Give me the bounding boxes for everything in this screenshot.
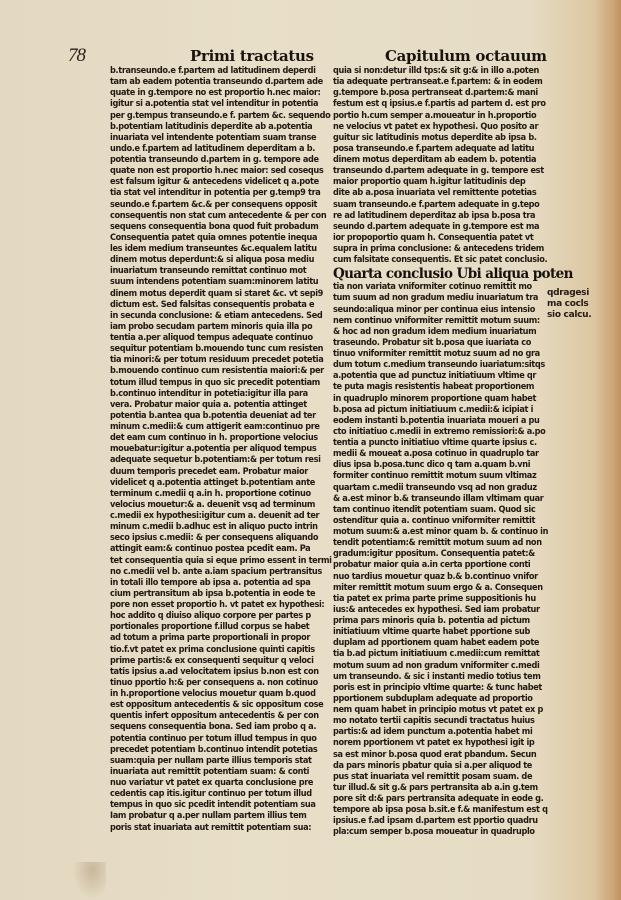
text-line: tum suum ad non gradum mediu inuariatum …: [333, 293, 565, 304]
text-line: potentia continuo per totum illud tempus…: [110, 734, 342, 745]
text-line: formiter continuo remittit motum suum vl…: [333, 471, 565, 482]
text-line: potentia transeundo d.partem in g. tempo…: [110, 155, 342, 166]
text-line: b.continuo intenditur in potetia:igitur …: [110, 389, 342, 400]
text-line: poris est in principio vltime quarte: & …: [333, 683, 565, 694]
conclusion-heading: Quarta conclusio Ubi aliqua poten: [333, 267, 565, 282]
text-line: c.medii ex hypothesi:igitur cum a. deuen…: [110, 511, 342, 522]
text-line: tendit potentiam:& remittit motum suum a…: [333, 538, 565, 549]
text-line: sa est minor b.posa quod erat pbandum. S…: [333, 750, 565, 761]
text-line: attingit eam:& continuo postea pcedit ea…: [110, 544, 342, 555]
page-edge-shading: [593, 0, 621, 900]
text-line: a.potentia que ad punctuz initiatiuum vl…: [333, 371, 565, 382]
text-line: ad totum a prima parte proportionali in …: [110, 633, 342, 644]
text-line: inuariatum transeundo remittat continuo …: [110, 266, 342, 277]
text-line: gradum:igitur ppositum. Consequentia pat…: [333, 549, 565, 560]
text-line: mo notato tertii capitis secundi tractat…: [333, 716, 565, 727]
text-line: sequitur potentiam b.mouendo tunc cum re…: [110, 344, 342, 355]
text-line: g.tempore b.posa pertranseat d.partem:& …: [333, 88, 565, 99]
text-line: seundo d.partem adequate in g.tempore es…: [333, 222, 565, 233]
right-text-column: quia si non:detur illd tps:& sit g:& in …: [333, 66, 565, 839]
text-line: b.posa ad pictum initiatiuum c.medii:& i…: [333, 405, 565, 416]
text-line: Consequentia patet quia omnes potentie i…: [110, 233, 342, 244]
text-line: videlicet q a.potentia attinget b.potent…: [110, 478, 342, 489]
text-line: partis:& ad idem punctum a.potentia habe…: [333, 727, 565, 738]
text-line: tentia a.per aliquod tempus adequate con…: [110, 333, 342, 344]
text-line: re ad latitudinem deperditaz ab ipsa b.p…: [333, 211, 565, 222]
text-line: & a.est minor b.& transeundo illam vltim…: [333, 494, 565, 505]
text-line: transeundo d.partem adequate in g. tempo…: [333, 166, 565, 177]
text-line: precedet potentiam b.continuo intendit p…: [110, 745, 342, 756]
text-line: nem continuo vniformiter remittit motum …: [333, 316, 565, 327]
text-line: tam ab eadem potentia transeundo d.parte…: [110, 77, 342, 88]
running-head-left: Primi tractatus: [190, 47, 314, 65]
text-line: ius:& antecedes ex hypothesi. Sed iam pr…: [333, 605, 565, 616]
text-line: in secunda conclusione: & etiam antecede…: [110, 311, 342, 322]
paper-stain: [72, 862, 106, 900]
text-line: um transeundo. & sic i instanti medio to…: [333, 672, 565, 683]
marginal-note-line: ma cocls: [547, 299, 591, 310]
text-line: in h.proportione velocius mouetur quam b…: [110, 689, 342, 700]
text-line: inuariata vel intendente potentiam suam …: [110, 133, 342, 144]
text-line: terminum c.medii q a.in h. proportione c…: [110, 489, 342, 500]
text-line: det eam cum continuo in h. proportione v…: [110, 433, 342, 444]
text-line: minum c.medii:& cum attigerit eam:contin…: [110, 422, 342, 433]
text-line: te puta magis resistentis habeat proport…: [333, 382, 565, 393]
text-line: quate non est proportio h.nec maior: sed…: [110, 166, 342, 177]
text-line: tempus in quo sic pcedit intendit potent…: [110, 800, 342, 811]
text-line: cium pertransitum ab ipsa b.potentia in …: [110, 589, 342, 600]
text-line: mouebatur:igitur a.potentia per aliquod …: [110, 444, 342, 455]
text-line: dictum est. Sed falsitas consequentis pr…: [110, 300, 342, 311]
text-line: portionales proportione f.illud corpus s…: [110, 622, 342, 633]
text-line: suam transeundo.e f.partem adequate in g…: [333, 200, 565, 211]
text-line: in quadruplo minorem proportione quam ha…: [333, 394, 565, 405]
book-page: 78 Primi tractatus Capitulum octauum b.t…: [0, 0, 621, 900]
text-line: nuo variatur vt patet ex quarta conclusi…: [110, 778, 342, 789]
text-line: adequate sequetur b.potentiam:& per totu…: [110, 455, 342, 466]
text-line: ostenditur quia a. continuo vniformiter …: [333, 516, 565, 527]
text-line: dite ab a.posa inuariata vel remittente …: [333, 188, 565, 199]
text-line: les idem medium transeuntes &c.equalem l…: [110, 244, 342, 255]
text-line: tatis ipsius a.ad velocitatem ipsius b.n…: [110, 667, 342, 678]
text-line: quate in g.tempore no est proportio h.ne…: [110, 88, 342, 99]
text-line: est oppositum antecedentis & sic opposit…: [110, 700, 342, 711]
text-line: eodem instanti b.potentia inuariata moue…: [333, 416, 565, 427]
text-line: seundo:aliqua minor per continua eius in…: [333, 305, 565, 316]
text-line: da pars minoris pbatur quia si a.per ali…: [333, 761, 565, 772]
text-line: dum totum c.medium transeundo iuariatum:…: [333, 360, 565, 371]
text-line: tia patet ex prima parte prime suppositi…: [333, 594, 565, 605]
text-line: vera. Probatur maior quia a. potentia at…: [110, 400, 342, 411]
text-line: cum falsitate consequentis. Et sic patet…: [333, 255, 565, 266]
text-line: duum temporis precedet eam. Probatur mai…: [110, 467, 342, 478]
text-line: velocius mouetur:& a. deuenit vsq ad ter…: [110, 500, 342, 511]
left-text-column: b.transeundo.e f.partem ad latitudinem d…: [110, 66, 342, 834]
text-line: seco ipsius c.medii: & per consequens al…: [110, 533, 342, 544]
marginal-note: qdragesima coclssio calcu.: [547, 288, 591, 321]
text-line: nuo tardius mouetur quaz b.& b.continuo …: [333, 572, 565, 583]
text-line: festum est q ipsius.e f.partis ad partem…: [333, 99, 565, 110]
text-line: dinem motus deperdunt:& si aliqua posa m…: [110, 255, 342, 266]
text-line: dius ipsa b.posa.tunc dico q tam a.quam …: [333, 460, 565, 471]
text-line: quartam c.medii transeundo vsq ad non gr…: [333, 483, 565, 494]
text-line: b.mouendo continuo cum resistentia maior…: [110, 366, 342, 377]
text-line: totum illud tempus in quo sic precedit p…: [110, 378, 342, 389]
text-line: tia stat vel intenditur in potentia per …: [110, 188, 342, 199]
text-line: guitur sic latitudinis motus deperdite a…: [333, 133, 565, 144]
text-line: tia non variata vniformiter cotinuo remi…: [333, 282, 565, 293]
marginal-note-line: qdragesi: [547, 288, 591, 299]
text-line: tia adequate pertranseat.e f.partem: & i…: [333, 77, 565, 88]
text-line: consequentis non stat cum antecedente & …: [110, 211, 342, 222]
text-line: initiatiuum vltime quarte habet pportion…: [333, 627, 565, 638]
text-line: tur illud.& sit g.& pars pertransita ab …: [333, 783, 565, 794]
text-line: sequens consequentia bona. Sed iam probo…: [110, 722, 342, 733]
text-line: pus stat inuariata vel remittit posam su…: [333, 772, 565, 783]
text-line: potentia b.antea qua b.potentia deueniat…: [110, 411, 342, 422]
text-line: iam probo secudam partem minoris quia il…: [110, 322, 342, 333]
text-line: motum suum ad non gradum vniformiter c.m…: [333, 661, 565, 672]
text-line: no c.medii vel b. ante a.iam spacium per…: [110, 567, 342, 578]
text-line: per g.tempus transeundo.e f. partem &c. …: [110, 111, 342, 122]
text-line: igitur si a.potentia stat vel intenditur…: [110, 99, 342, 110]
right-column-text-before-heading: quia si non:detur illd tps:& sit g:& in …: [333, 66, 565, 266]
text-line: pportionem subduplam adequate ad proport…: [333, 694, 565, 705]
text-line: minum c.medii b.adhuc est in aliquo puct…: [110, 522, 342, 533]
text-line: nem quam habet in principio motus vt pat…: [333, 705, 565, 716]
text-line: cedentis cap itis.igitur continuo per to…: [110, 789, 342, 800]
text-line: tinuo pportio h:& per consequens a. non …: [110, 678, 342, 689]
text-line: suum intendens potentiam suam:minorem la…: [110, 277, 342, 288]
text-line: b.potentiam latitudinis deperdite ab a.p…: [110, 122, 342, 133]
text-line: pla:cum semper b.posa moueatur in quadru…: [333, 827, 565, 838]
text-line: tentia a puncto initiatiuo vltime quarte…: [333, 438, 565, 449]
text-line: portio h.cum semper a.moueatur in h.prop…: [333, 111, 565, 122]
text-line: Iam probatur q a.per nullam partem illiu…: [110, 811, 342, 822]
text-line: quentis infert oppositum antecedentis & …: [110, 711, 342, 722]
text-line: seundo.e f.partem &c.& per consequens op…: [110, 200, 342, 211]
text-line: duplam ad pportionem quam habet eadem po…: [333, 638, 565, 649]
text-line: pore sit d:& pars pertransita adequate i…: [333, 794, 565, 805]
text-line: supra in prima conclusione: & antecedens…: [333, 244, 565, 255]
text-line: traseundo. Probatur sit b.posa que iuari…: [333, 338, 565, 349]
text-line: probatur maior quia a.in certa pportione…: [333, 560, 565, 571]
text-line: tio.f.vt patet ex prima conclusione quin…: [110, 645, 342, 656]
text-line: dinem motus deperditam ab eadem b. poten…: [333, 155, 565, 166]
text-line: undo.e f.partem ad latitudinem deperdita…: [110, 144, 342, 155]
text-line: in totali illo tempore ab ipsa a. potent…: [110, 578, 342, 589]
text-line: tam continuo itendit potentiam suam. Quo…: [333, 505, 565, 516]
text-line: posa transeundo.e f.partem adequate ad l…: [333, 144, 565, 155]
text-line: prime partis:& ex consequenti sequitur q…: [110, 656, 342, 667]
text-line: suam:quia per nullam parte illius tempor…: [110, 756, 342, 767]
text-line: pore non esset proportio h. vt patet ex …: [110, 600, 342, 611]
folio-number: 78: [68, 45, 85, 67]
text-line: ipsius.e f.ad ipsam d.partem est pportio…: [333, 816, 565, 827]
text-line: tinuo vniformiter remittit motuz suum ad…: [333, 349, 565, 360]
text-line: tempore ab ipsa posa b.sit.e f.& manifes…: [333, 805, 565, 816]
text-line: tia b.ad pictum initiatiuum c.medii:cum …: [333, 649, 565, 660]
text-line: maior proportio quam h.igitur latitudini…: [333, 177, 565, 188]
text-line: hoc addito q diuiso aliquo corpore per p…: [110, 611, 342, 622]
text-line: prima pars minoris quia b. potentia ad p…: [333, 616, 565, 627]
text-line: poris stat inuariata aut remittit potent…: [110, 823, 342, 834]
right-column-text-after-heading: tia non variata vniformiter cotinuo remi…: [333, 282, 565, 838]
running-head-right: Capitulum octauum: [385, 47, 547, 65]
text-line: tia minori:& per totum residuum precedet…: [110, 355, 342, 366]
text-line: b.transeundo.e f.partem ad latitudinem d…: [110, 66, 342, 77]
marginal-note-line: sio calcu.: [547, 310, 591, 321]
text-line: dinem motus deperdit quam si staret &c. …: [110, 289, 342, 300]
text-line: est falsum igitur & antecedens videlicet…: [110, 177, 342, 188]
text-line: miter remittit motum suum ergo & a. Cons…: [333, 583, 565, 594]
text-line: cto initiatiuo c.medii in extremo remiss…: [333, 427, 565, 438]
text-line: norem pportionem vt patet ex hypothesi i…: [333, 738, 565, 749]
text-line: inuariata aut remittit potentiam suam: &…: [110, 767, 342, 778]
text-line: & hoc ad non gradum idem medium inuariat…: [333, 327, 565, 338]
text-line: ior propoportio quam h. Consequentia pat…: [333, 233, 565, 244]
text-line: sequens consequentia bona quod fuit prob…: [110, 222, 342, 233]
text-line: tet consequentia quia si eque primo esse…: [110, 556, 342, 567]
text-line: medii & moueat a.posa cotinuo in quadrup…: [333, 449, 565, 460]
text-line: motum suum:& a.est minor quam b. & conti…: [333, 527, 565, 538]
text-line: quia si non:detur illd tps:& sit g:& in …: [333, 66, 565, 77]
text-line: ne velocius vt patet ex hypothesi. Quo p…: [333, 122, 565, 133]
